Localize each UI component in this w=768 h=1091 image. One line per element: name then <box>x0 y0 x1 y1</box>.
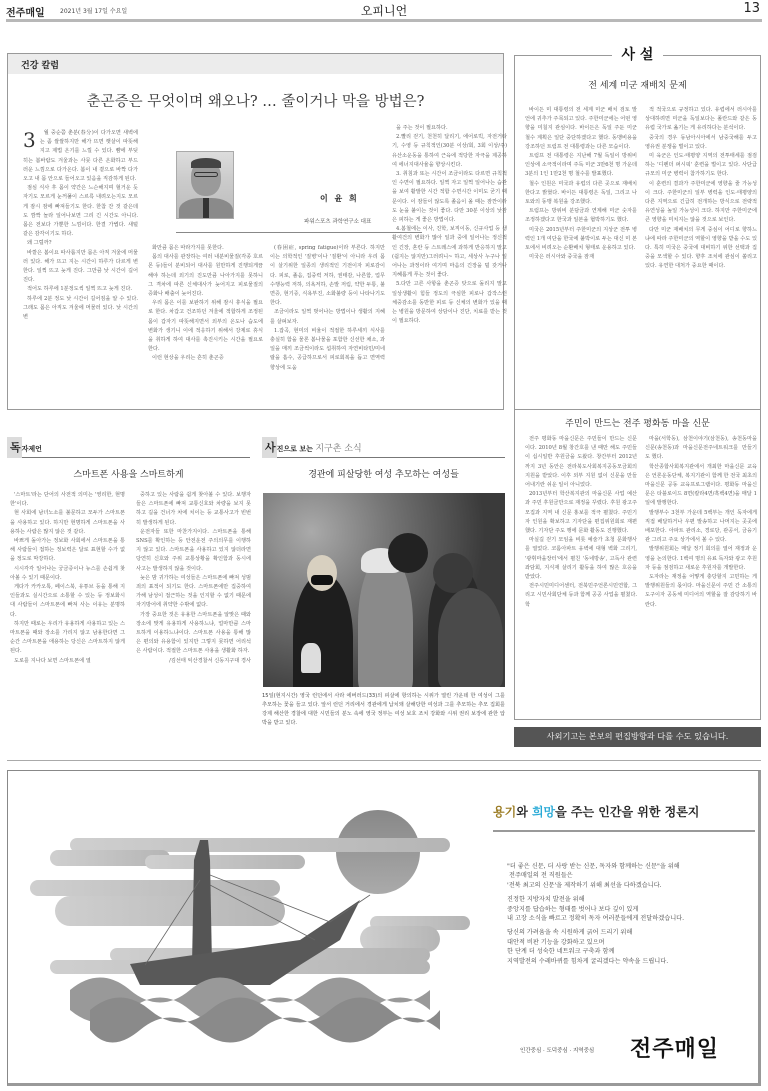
health-col-4: 을 주는 것이 필요하다. 2.빨리 걷기, 천천히 달리기, 에어로빅, 자전… <box>392 124 507 326</box>
ad-para-1: "더 좋은 신문, 더 사랑 받는 신문, 독자와 함께하는 신문"을 위해 전… <box>507 862 757 890</box>
ad-slogan: 인간중심 · 도덕중심 · 지역중심 <box>520 1046 594 1054</box>
masthead: 전주매일 2021년 3월 17일 수요일 오피니언 13 <box>6 0 762 22</box>
reader-suggestion-title: 스마트폰 사용을 스마트하게 <box>7 467 250 480</box>
section-title: 오피니언 <box>6 2 762 19</box>
ad-logo: 전주매일 <box>630 1032 719 1063</box>
editorial-title: 전 세계 미군 재배치 문제 <box>515 78 760 91</box>
ship-illustration <box>30 800 470 1050</box>
ad-para-3: 당신의 가려움을 속 시원하게 긁어 드리기 위해 대안적 비판 기능을 강화하… <box>507 928 757 966</box>
village-article-title: 주민이 만드는 전주 평화동 마을 신문 <box>515 416 760 429</box>
village-col-1: 전주 평화동 마을신문은 주민들이 만드는 신문이다. 2010년 8월 창간호… <box>525 435 637 610</box>
ad-body: "더 좋은 신문, 더 사랑 받는 신문, 독자와 함께하는 신문"을 위해 전… <box>507 862 757 971</box>
byline: /김선태 익산경찰서 신동지구대 경사 <box>136 657 251 666</box>
divider <box>493 830 755 832</box>
dropcap: 3 <box>23 131 36 149</box>
editorial-col-2: 적 적국으로 규정하고 있다. 유럽에서 러시아를 상대하려면 미군을 독일보다… <box>645 106 757 272</box>
health-column: 건강 칼럼 춘곤증은 무엇이며 왜오나? … 줄이거나 막을 방법은? 3 월 … <box>7 53 504 410</box>
village-col-2: 마을(서학동), 삼천이야기(삼천동), 송천동마을신문(송천동)과 마을신문전… <box>645 435 757 610</box>
editorial-label: 사 설 <box>515 44 760 64</box>
ad-headline: 용기와 희망을 주는 인간을 위한 정론지 <box>493 803 699 820</box>
author-name: 이 윤 희 <box>320 193 359 204</box>
health-col-2: 화만큼 몸은 따라가지를 못한다. 몸의 대사를 관장하는 여러 내분비물질(각… <box>148 244 263 364</box>
news-photo <box>263 493 505 687</box>
photo-news-header: 사진으로 보는 지구촌 소식 <box>262 436 505 458</box>
author-photo <box>176 151 234 219</box>
health-col-3: (春困症, spring fatigue)이라 부른다. 하지만 이는 의학적인… <box>270 244 385 373</box>
health-column-label: 건강 칼럼 <box>8 54 503 74</box>
editorial-col-1: 바이든 미 대통령의 전 세계 미군 배치 검토 발언에 귀추가 주목되고 있다… <box>525 106 637 262</box>
author-title: 파워스포츠 과학연구소 대표 <box>304 217 371 225</box>
reader-suggestion-col-2: 중하고 있는 사람을 쉽게 찾아볼 수 있다. 보행자들은 스마트폰에 빠져 교… <box>136 491 251 666</box>
reader-suggestion-col-1: '스마트'라는 단어의 사전적 의미는 '영리한, 현명한'이다. 현 사회에 … <box>10 491 125 666</box>
page-number: 13 <box>743 1 760 16</box>
photo-news-title: 경관에 피살당한 여성 추모하는 여성들 <box>262 467 505 480</box>
disclaimer-banner: 사외기고는 본보의 편집방향과 다를 수도 있습니다. <box>514 727 761 747</box>
divider <box>7 760 761 761</box>
photo-caption: 15일(현지시간) 영국 런던에서 사라 에버러드(33)의 피살에 항의하는 … <box>262 692 505 728</box>
health-col-1: 3 월 중순쯤 춘분(春分)이 다가오면 새벽에는 좀 쌀쌀하지만 해가 뜨면 … <box>23 129 138 322</box>
divider <box>176 232 422 233</box>
ad-para-2: 진정한 지방자치 발전을 위해 중앙지를 답습하는 형태를 벗어나 보다 깊이 … <box>507 895 757 923</box>
health-column-title: 춘곤증은 무엇이며 왜오나? … 줄이거나 막을 방법은? <box>8 90 503 111</box>
village-newspaper-article: 주민이 만드는 전주 평화동 마을 신문 전주 평화동 마을신문은 주민들이 만… <box>514 410 761 720</box>
reader-suggestion-header: 독자제언 <box>7 436 250 458</box>
editorial: 사 설 전 세계 미군 재배치 문제 바이든 미 대통령의 전 세계 미군 배치… <box>514 55 761 410</box>
